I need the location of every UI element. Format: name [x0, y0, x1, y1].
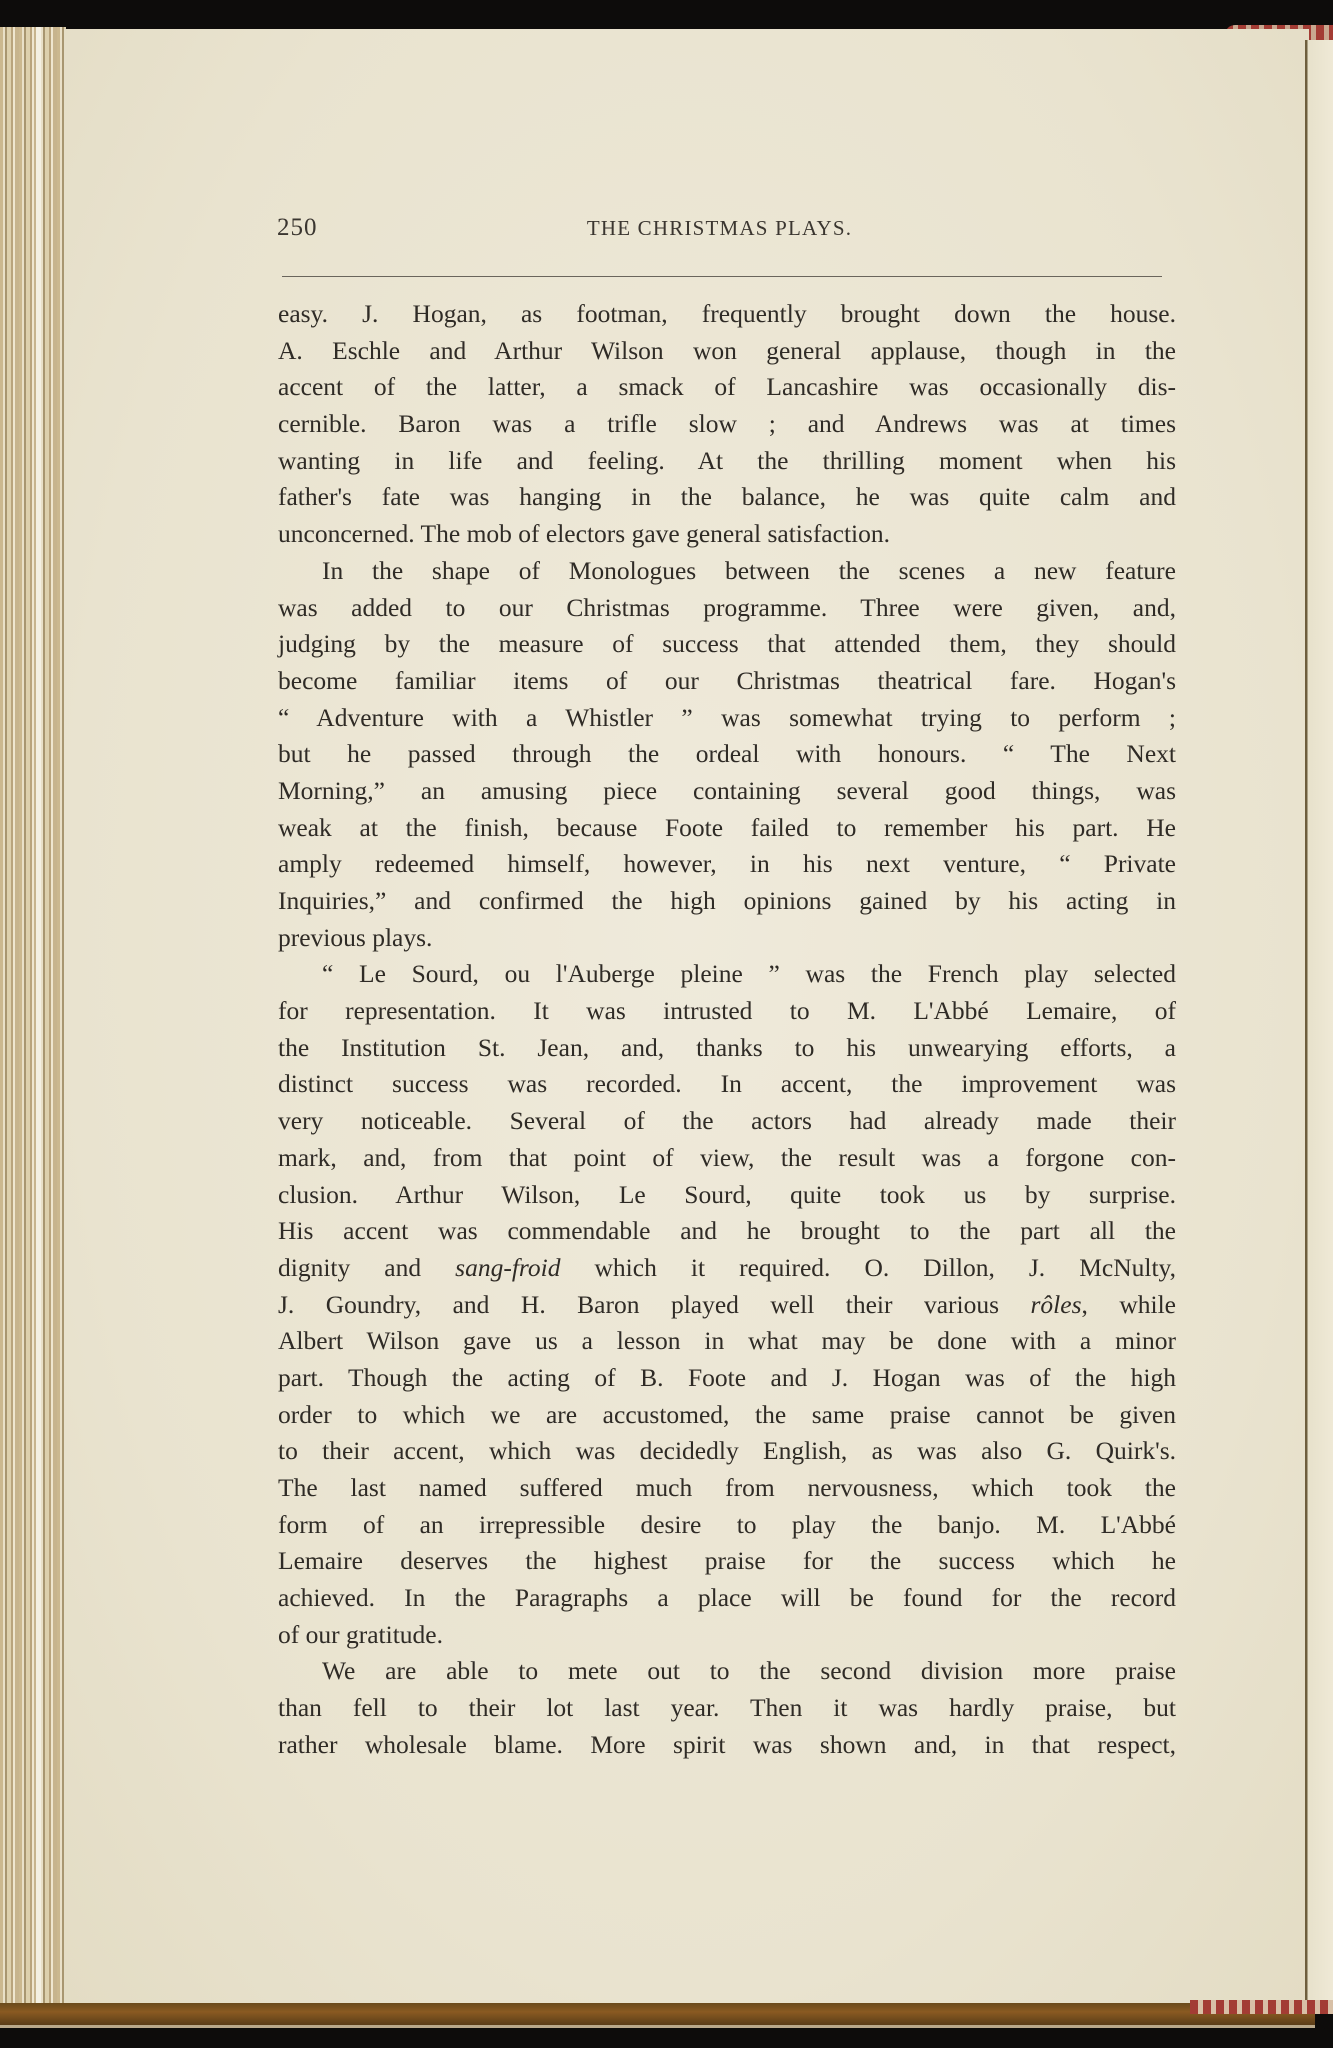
running-head: 250 THE CHRISTMAS PLAYS. — [277, 214, 1162, 248]
text-line: mark, and, from that point of view, the … — [278, 1140, 1176, 1177]
paragraph: easy. J. Hogan, as footman, frequently b… — [278, 296, 1176, 553]
text-line: was added to our Christmas programme. Th… — [278, 590, 1176, 627]
text-line: than fell to their lot last year. Then i… — [278, 1690, 1176, 1727]
text-line: dignity and sang-froid which it required… — [278, 1250, 1176, 1287]
paragraph: In the shape of Monologues between the s… — [278, 553, 1176, 957]
page-stack-edge — [0, 27, 66, 2005]
text-line: We are able to mete out to the second di… — [278, 1653, 1176, 1690]
book-cover-edge — [0, 2003, 1315, 2028]
text-line: accent of the latter, a smack of Lancash… — [278, 369, 1176, 406]
paragraph: We are able to mete out to the second di… — [278, 1653, 1176, 1763]
text-line: The last named suffered much from nervou… — [278, 1470, 1176, 1507]
text-line: judging by the measure of success that a… — [278, 626, 1176, 663]
text-run: dignity and — [278, 1253, 455, 1282]
text-line: become familiar items of our Christmas t… — [278, 663, 1176, 700]
header-rule — [282, 276, 1162, 277]
text-line: clusion. Arthur Wilson, Le Sourd, quite … — [278, 1177, 1176, 1214]
text-line: very noticeable. Several of the actors h… — [278, 1103, 1176, 1140]
text-run: which it required. O. Dillon, J. McNulty… — [560, 1253, 1176, 1282]
text-line: part. Though the acting of B. Foote and … — [278, 1360, 1176, 1397]
text-line: Inquiries,” and confirmed the high opini… — [278, 883, 1176, 920]
text-line: to their accent, which was decidedly Eng… — [278, 1433, 1176, 1470]
text-line: weak at the finish, because Foote failed… — [278, 810, 1176, 847]
running-title: THE CHRISTMAS PLAYS. — [277, 216, 1162, 241]
text-line: achieved. In the Paragraphs a place will… — [278, 1580, 1176, 1617]
text-line: Morning,” an amusing piece containing se… — [278, 773, 1176, 810]
text-line: form of an irrepressible desire to play … — [278, 1507, 1176, 1544]
text-line: Lemaire deserves the highest praise for … — [278, 1543, 1176, 1580]
text-line: the Institution St. Jean, and, thanks to… — [278, 1030, 1176, 1067]
text-line: for representation. It was intrusted to … — [278, 993, 1176, 1030]
text-line: but he passed through the ordeal with ho… — [278, 736, 1176, 773]
text-line: In the shape of Monologues between the s… — [278, 553, 1176, 590]
text-line: A. Eschle and Arthur Wilson won general … — [278, 333, 1176, 370]
text-line: unconcerned. The mob of electors gave ge… — [278, 516, 1176, 553]
text-line: father's fate was hanging in the balance… — [278, 479, 1176, 516]
paragraph: “ Le Sourd, ou l'Auberge pleine ” was th… — [278, 956, 1176, 1653]
text-line: J. Goundry, and H. Baron played well the… — [278, 1287, 1176, 1324]
text-line: amply redeemed himself, however, in his … — [278, 846, 1176, 883]
page-edge-highlight — [36, 27, 41, 2005]
text-line: easy. J. Hogan, as footman, frequently b… — [278, 296, 1176, 333]
text-line: “ Adventure with a Whistler ” was somewh… — [278, 700, 1176, 737]
body-text: easy. J. Hogan, as footman, frequently b… — [278, 296, 1176, 1764]
text-line: order to which we are accustomed, the sa… — [278, 1397, 1176, 1434]
italic-term: rôles — [1031, 1290, 1082, 1319]
italic-term: sang-froid — [455, 1253, 560, 1282]
text-line: Albert Wilson gave us a lesson in what m… — [278, 1323, 1176, 1360]
text-line: wanting in life and feeling. At the thri… — [278, 443, 1176, 480]
text-run: , while — [1082, 1290, 1177, 1319]
next-page-edge — [1305, 40, 1333, 2000]
text-line: of our gratitude. — [278, 1617, 1176, 1654]
text-line: rather wholesale blame. More spirit was … — [278, 1727, 1176, 1764]
headband-bottom — [1190, 2000, 1333, 2014]
text-line: His accent was commendable and he brough… — [278, 1213, 1176, 1250]
text-line: previous plays. — [278, 920, 1176, 957]
text-run: J. Goundry, and H. Baron played well the… — [278, 1290, 1031, 1319]
text-line: cernible. Baron was a trifle slow ; and … — [278, 406, 1176, 443]
text-line: “ Le Sourd, ou l'Auberge pleine ” was th… — [278, 956, 1176, 993]
text-line: distinct success was recorded. In accent… — [278, 1066, 1176, 1103]
